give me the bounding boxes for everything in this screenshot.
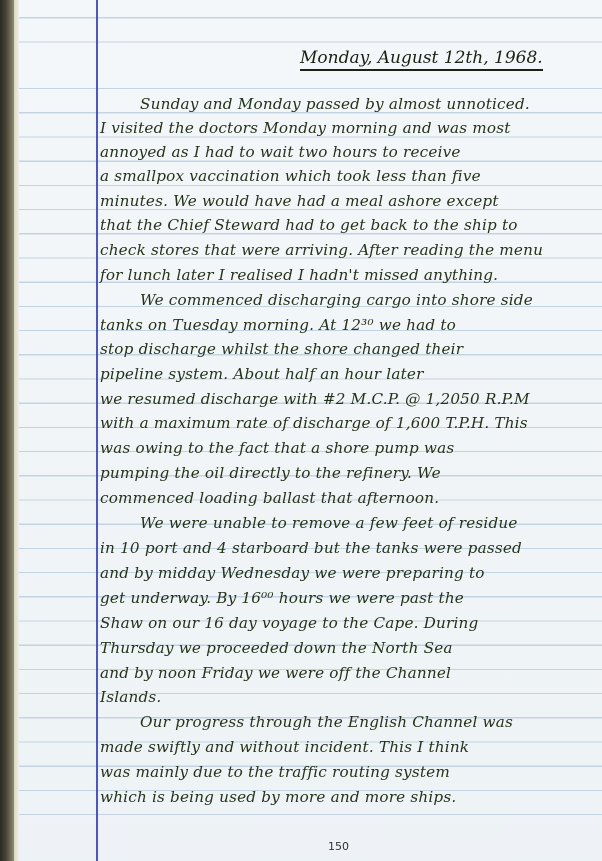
text-line: get underway. By 16⁰⁰ hours we were past… xyxy=(100,589,464,607)
text-line: commenced loading ballast that afternoon… xyxy=(100,489,439,507)
text-line: annoyed as I had to wait two hours to re… xyxy=(100,143,461,161)
text-line: pipeline system. About half an hour late… xyxy=(100,365,424,383)
text-line: with a maximum rate of discharge of 1,60… xyxy=(100,414,528,432)
text-line: for lunch later I realised I hadn't miss… xyxy=(100,266,498,284)
text-line: I visited the doctors Monday morning and… xyxy=(100,119,511,137)
text-line: Thursday we proceeded down the North Sea xyxy=(100,639,453,657)
text-line: Our progress through the English Channel… xyxy=(140,713,513,731)
text-line: We commenced discharging cargo into shor… xyxy=(140,291,533,309)
text-line: which is being used by more and more shi… xyxy=(100,788,456,806)
text-line: We were unable to remove a few feet of r… xyxy=(140,514,518,532)
text-line: pumping the oil directly to the refinery… xyxy=(100,464,441,482)
text-line: Shaw on our 16 day voyage to the Cape. D… xyxy=(100,614,478,632)
text-line: check stores that were arriving. After r… xyxy=(100,241,543,259)
text-line: and by noon Friday we were off the Chann… xyxy=(100,664,451,682)
text-line: that the Chief Steward had to get back t… xyxy=(100,216,518,234)
text-line: stop discharge whilst the shore changed … xyxy=(100,340,463,358)
page-number: 150 xyxy=(328,840,349,853)
text-line: minutes. We would have had a meal ashore… xyxy=(100,192,499,210)
notebook-binding xyxy=(0,0,14,861)
text-line: and by midday Wednesday we were preparin… xyxy=(100,564,485,582)
text-line: in 10 port and 4 starboard but the tanks… xyxy=(100,539,522,557)
margin-line xyxy=(96,0,98,861)
text-line: was mainly due to the traffic routing sy… xyxy=(100,763,450,781)
text-line: made swiftly and without incident. This … xyxy=(100,738,469,756)
entry-date-text: Monday, August 12th, 1968. xyxy=(300,48,543,71)
text-line: Islands. xyxy=(100,688,161,706)
entry-date-heading: Monday, August 12th, 1968. xyxy=(300,48,543,68)
text-line: a smallpox vaccination which took less t… xyxy=(100,167,481,185)
text-line: Sunday and Monday passed by almost unnot… xyxy=(140,95,530,113)
text-line: was owing to the fact that a shore pump … xyxy=(100,439,454,457)
text-line: we resumed discharge with #2 M.C.P. @ 1,… xyxy=(100,390,530,408)
text-line: tanks on Tuesday morning. At 12³⁰ we had… xyxy=(100,316,456,334)
